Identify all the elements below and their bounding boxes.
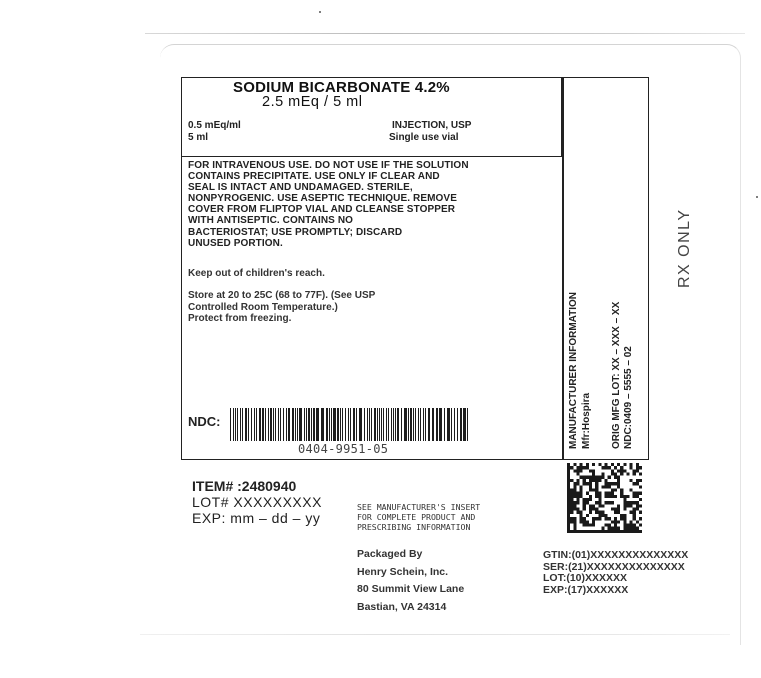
scan-speck — [319, 11, 321, 13]
scan-speck — [756, 196, 758, 198]
usage-warnings: FOR INTRAVENOUS USE. DO NOT USE IF THE S… — [188, 160, 548, 249]
item-number: ITEM# :2480940 — [192, 478, 322, 494]
packager-line: Henry Schein, Inc. — [357, 564, 464, 582]
storage-instructions: Store at 20 to 25C (68 to 77F). (See USP… — [188, 290, 375, 325]
item-lot-exp: ITEM# :2480940 LOT# XXXXXXXXX EXP: mm – … — [192, 478, 322, 526]
packager-line: Bastian, VA 24314 — [357, 599, 464, 617]
insert-note-line: PRESCRIBING INFORMATION — [357, 522, 480, 532]
gtin: GTIN:(01)XXXXXXXXXXXXXX — [543, 550, 688, 562]
original-lot: ORIG MFG LOT: XX – XXX – XX — [611, 302, 622, 449]
storage-line: Controlled Room Temperature.) — [188, 302, 375, 314]
warning-line: FOR INTRAVENOUS USE. DO NOT USE IF THE S… — [188, 160, 548, 171]
original-ndc: NDC:0409 – 5555 – 02 — [623, 346, 634, 449]
warning-line: COVER FROM FLIPTOP VIAL AND CLEANSE STOP… — [188, 204, 548, 215]
packager-line: 80 Summit View Lane — [357, 581, 464, 599]
dosage-form: INJECTION, USP — [392, 120, 471, 131]
ndc-number: 0404-9951-05 — [298, 442, 388, 456]
packager-line: Packaged By — [357, 546, 464, 564]
lot-number: LOT# XXXXXXXXX — [192, 494, 322, 510]
child-safety-note: Keep out of children's reach. — [188, 268, 325, 279]
volume: 5 ml — [188, 132, 208, 143]
concentration: 0.5 mEq/ml — [188, 120, 241, 131]
insert-note-line: SEE MANUFACTURER'S INSERT — [357, 502, 480, 512]
ndc-label: NDC: — [188, 414, 221, 429]
container-type: Single use vial — [389, 132, 458, 143]
storage-line: Protect from freezing. — [188, 313, 375, 325]
serialization-info: GTIN:(01)XXXXXXXXXXXXXX SER:(21)XXXXXXXX… — [543, 550, 688, 596]
product-strength: 2.5 mEq / 5 ml — [262, 94, 362, 110]
scan-artifact-line — [145, 33, 745, 34]
manufacturer-heading: MANUFACTURER INFORMATION — [568, 292, 579, 449]
warning-line: UNUSED PORTION. — [188, 238, 548, 249]
warning-line: WITH ANTISEPTIC. CONTAINS NO — [188, 215, 548, 226]
warning-line: BACTERIOSTAT; USE PROMPTLY; DISCARD — [188, 227, 548, 238]
datamatrix-icon — [567, 463, 642, 533]
expiration-date: EXP: mm – dd – yy — [192, 510, 322, 526]
serial-lot: LOT:(10)XXXXXX — [543, 573, 688, 585]
warning-line: NONPYROGENIC. USE ASEPTIC TECHNIQUE. REM… — [188, 193, 548, 204]
rx-only-marker: RX ONLY — [676, 208, 694, 288]
warning-line: SEAL IS INTACT AND UNDAMAGED. STERILE, — [188, 182, 548, 193]
warning-line: CONTAINS PRECIPITATE. USE ONLY IF CLEAR … — [188, 171, 548, 182]
insert-note-line: FOR COMPLETE PRODUCT AND — [357, 512, 480, 522]
manufacturer-name: Mfr:Hospira — [581, 393, 592, 449]
storage-line: Store at 20 to 25C (68 to 77F). (See USP — [188, 290, 375, 302]
insert-reference-note: SEE MANUFACTURER'S INSERT FOR COMPLETE P… — [357, 502, 480, 532]
manufacturer-panel-divider — [562, 77, 564, 460]
serial-exp: EXP:(17)XXXXXX — [543, 585, 688, 597]
packager-info: Packaged By Henry Schein, Inc. 80 Summit… — [357, 546, 464, 616]
label-card-bottom-edge — [140, 634, 730, 635]
barcode-icon — [230, 408, 470, 441]
